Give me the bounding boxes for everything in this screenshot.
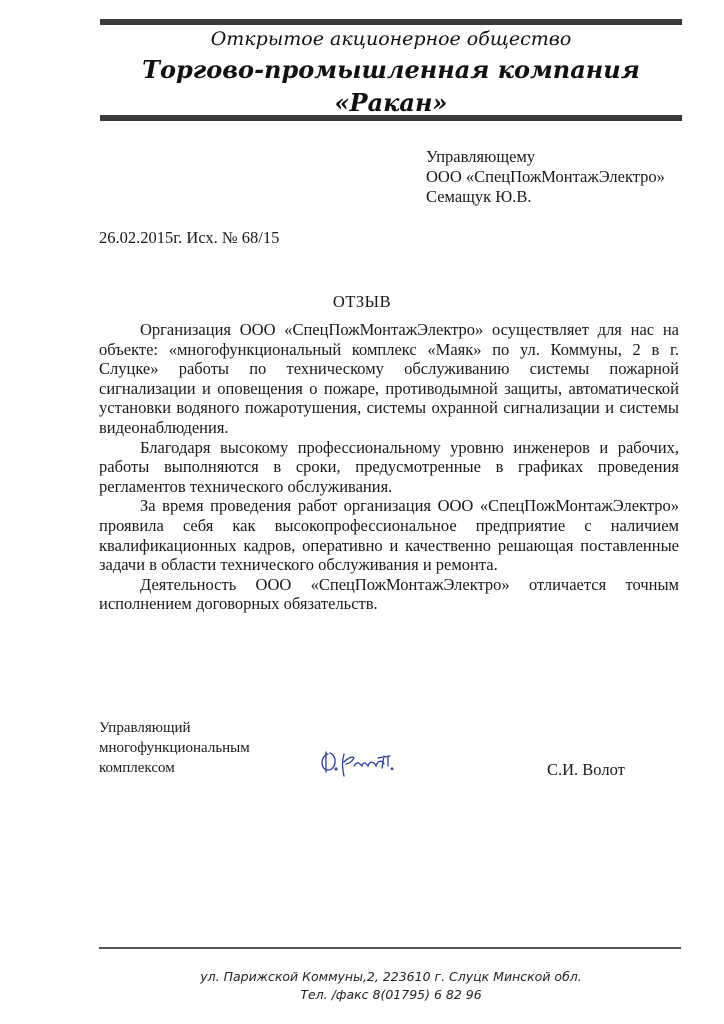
footer-phone: Тел. /факс 8(01795) 6 82 96	[100, 987, 682, 1002]
signatory-name: С.И. Волот	[547, 760, 625, 780]
addressee-position: Управляющему	[426, 147, 665, 167]
letterhead-top-rule	[100, 19, 682, 25]
document-title: ОТЗЫВ	[0, 292, 724, 312]
signatory-role-line: комплексом	[99, 758, 250, 778]
signatory-role: Управляющий многофункциональным комплекс…	[99, 718, 250, 778]
footer-rule	[99, 947, 681, 949]
paragraph: За время проведения работ организация ОО…	[99, 496, 679, 574]
paragraph: Благодаря высокому профессиональному уро…	[99, 438, 679, 497]
letterhead-org-type: Открытое акционерное общество	[100, 28, 682, 50]
letterhead-bottom-rule	[100, 115, 682, 121]
footer-address: ул. Парижской Коммуны,2, 223610 г. Слуцк…	[100, 969, 682, 984]
signatory-role-line: Управляющий	[99, 718, 250, 738]
outgoing-reference: 26.02.2015г. Исх. № 68/15	[99, 228, 279, 248]
paragraph: Деятельность ООО «СпецПожМонтажЭлектро» …	[99, 575, 679, 614]
paragraph: Организация ООО «СпецПожМонтажЭлектро» о…	[99, 320, 679, 438]
addressee-company: ООО «СпецПожМонтажЭлектро»	[426, 167, 665, 187]
letterhead-company-brand: «Ракан»	[100, 88, 682, 117]
letterhead-company-name: Торгово-промышленная компания	[100, 55, 682, 84]
letter-body: Организация ООО «СпецПожМонтажЭлектро» о…	[99, 320, 679, 614]
addressee-block: Управляющему ООО «СпецПожМонтажЭлектро» …	[426, 147, 665, 207]
handwritten-signature-icon	[318, 748, 398, 778]
addressee-name: Семащук Ю.В.	[426, 187, 665, 207]
signatory-role-line: многофункциональным	[99, 738, 250, 758]
